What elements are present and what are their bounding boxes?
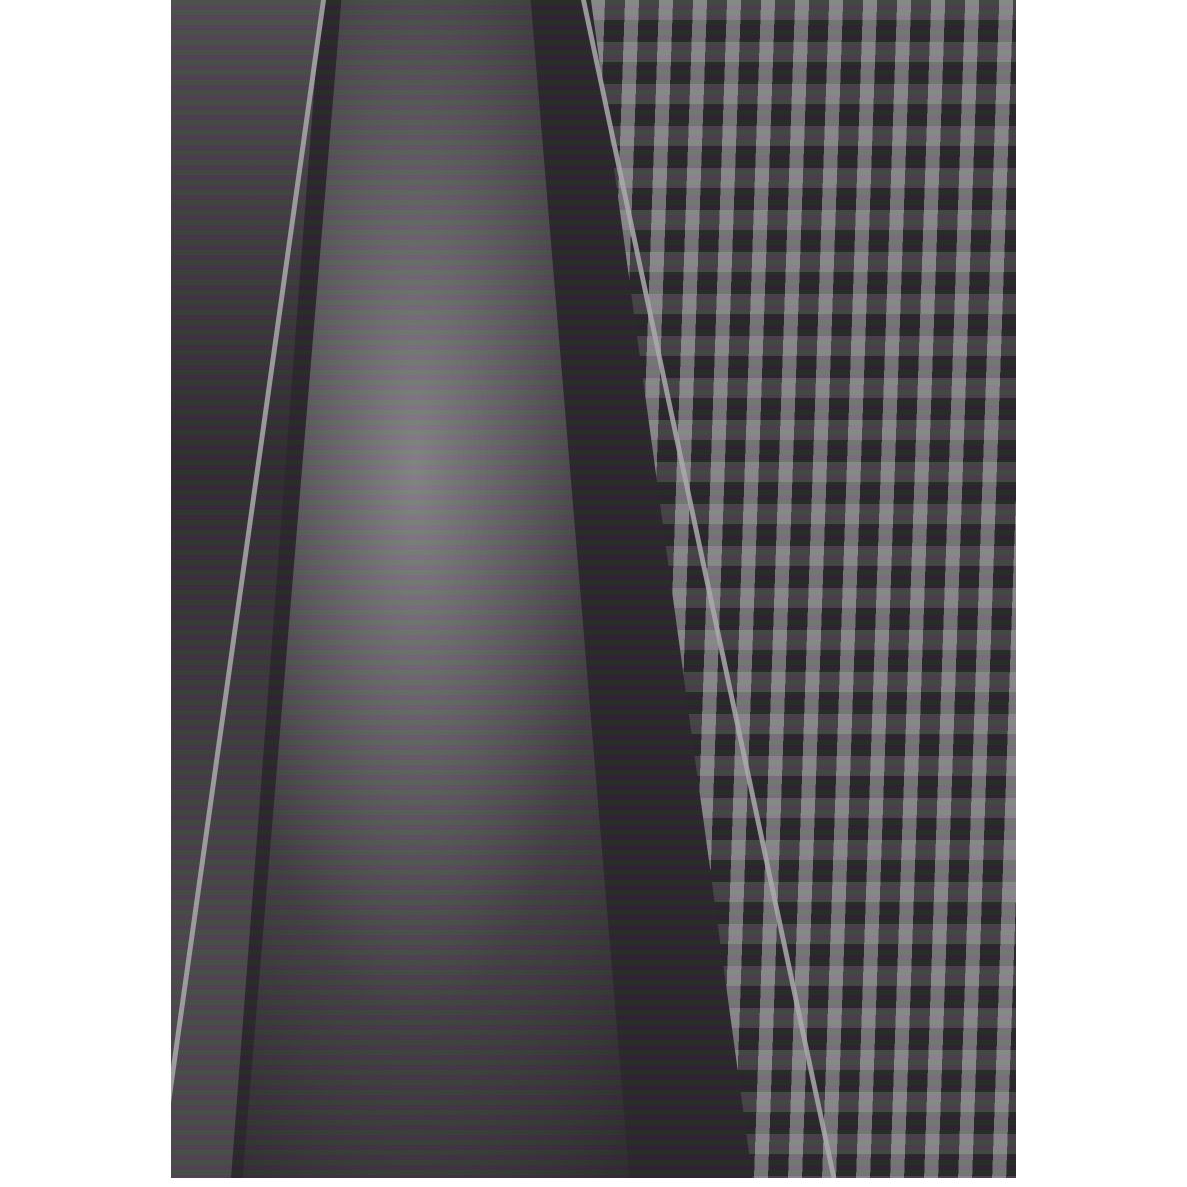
scan-stripes — [171, 0, 1016, 1178]
artwork — [171, 0, 1016, 1178]
